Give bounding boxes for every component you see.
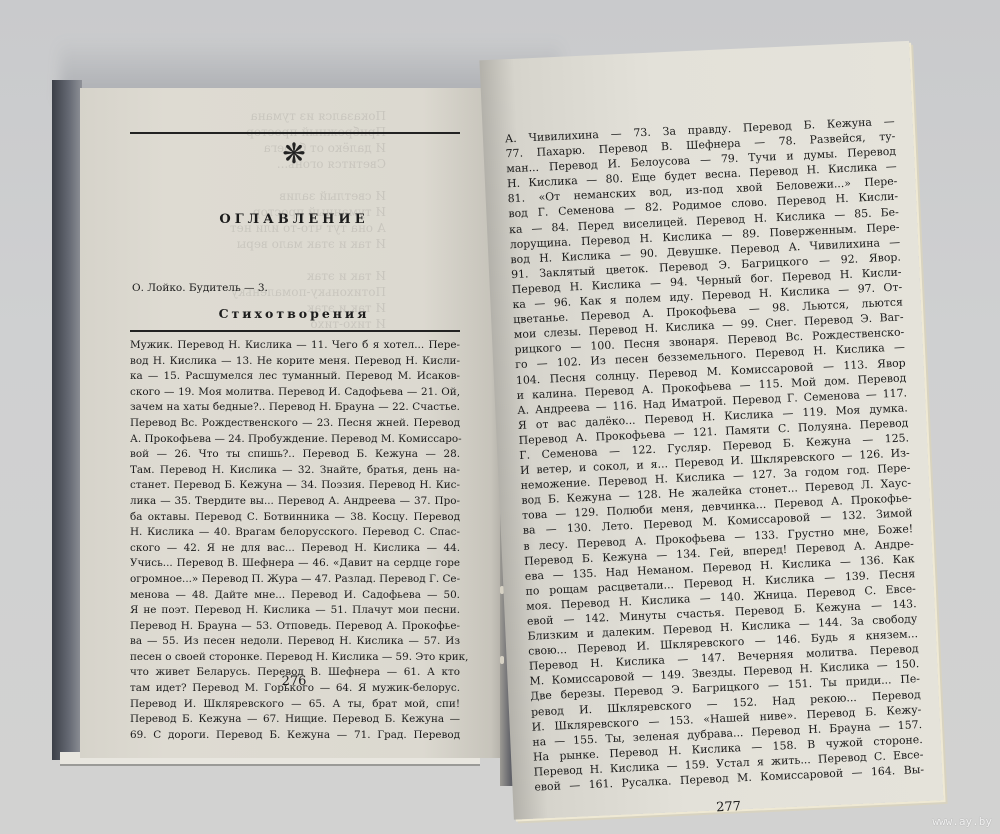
- section-title: Стихотворения: [80, 306, 508, 321]
- toc-line: Перевод И. Шкляревского — 65. А ты, брат…: [130, 697, 460, 713]
- flower-ornament-icon: ❋: [80, 140, 508, 168]
- toc-line: А. Прокофьева — 24. Пробуждение. Перевод…: [130, 432, 460, 448]
- left-page: Показался из туманаПрибрежный просторИ д…: [80, 88, 508, 758]
- toc-line: Н. Кислика — 40. Врагам белорусского. Пе…: [130, 525, 460, 541]
- top-rule: [130, 132, 460, 134]
- toc-line: Там. Перевод Н. Кислика — 32. Знайте, бр…: [130, 463, 460, 479]
- toc-line: ба октавы. Перевод С. Ботвинника — 38. К…: [130, 510, 460, 526]
- toc-line: Перевод Н. Брауна — 53. Отповедь. Перево…: [130, 619, 460, 635]
- page-number-left: 276: [80, 674, 508, 689]
- right-page: А. Чивилихина — 73. За правду. Перевод Б…: [479, 41, 943, 820]
- page-number-right: 277: [513, 790, 943, 824]
- toc-line: ского — 42. Я не для вас... Перевод Н. К…: [130, 541, 460, 557]
- toc-line: огромное...» Перевод П. Жура — 47. Разла…: [130, 572, 460, 588]
- toc-line: ва — 55. Из песен недоли. Перевод Н. Кис…: [130, 634, 460, 650]
- toc-line: Учись... Перевод В. Шефнера — 46. «Давит…: [130, 556, 460, 572]
- toc-line: менова — 48. Дайте мне... Перевод И. Сад…: [130, 588, 460, 604]
- book-cover-edge: [52, 80, 82, 760]
- section-rule: [130, 330, 460, 332]
- toc-line: ка — 15. Расшумелся лес туманный. Перево…: [130, 369, 460, 385]
- toc-line: вод Н. Кислика — 13. Не корите меня. Пер…: [130, 354, 460, 370]
- toc-line: песен о своей сторонке. Перевод Н. Кисли…: [130, 650, 460, 666]
- toc-line: 69. С дороги. Перевод Б. Кежуна — 71. Гр…: [130, 728, 460, 744]
- toc-line: вой — 26. Что ты спишь?.. Перевод Б. Кеж…: [130, 447, 460, 463]
- toc-line: ского — 19. Моя молитва. Перевод И. Садо…: [130, 385, 460, 401]
- toc-line: зачем на хаты бедные?.. Перевод Н. Браун…: [130, 400, 460, 416]
- toc-line: Перевод Б. Кежуна — 67. Нищие. Перевод Б…: [130, 712, 460, 728]
- toc-list-right: А. Чивилихина — 73. За правду. Перевод Б…: [505, 114, 925, 795]
- toc-line: Я не поэт. Перевод Н. Кислика — 51. Плач…: [130, 603, 460, 619]
- toc-line: станет. Перевод Б. Кежуна — 34. Поэзия. …: [130, 478, 460, 494]
- right-page-wrap: А. Чивилихина — 73. За правду. Перевод Б…: [470, 11, 949, 800]
- contents-title: ОГЛАВЛЕНИЕ: [80, 212, 508, 227]
- watermark: www.ay.by: [932, 815, 992, 828]
- intro-entry: О. Лойко. Будитель — 3.: [132, 282, 268, 294]
- toc-line: лика — 35. Твердите вы... Перевод А. Анд…: [130, 494, 460, 510]
- toc-line: Перевод Вс. Рождественского — 23. Песня …: [130, 416, 460, 432]
- toc-line: Мужик. Перевод Н. Кислика — 11. Чего б я…: [130, 338, 460, 354]
